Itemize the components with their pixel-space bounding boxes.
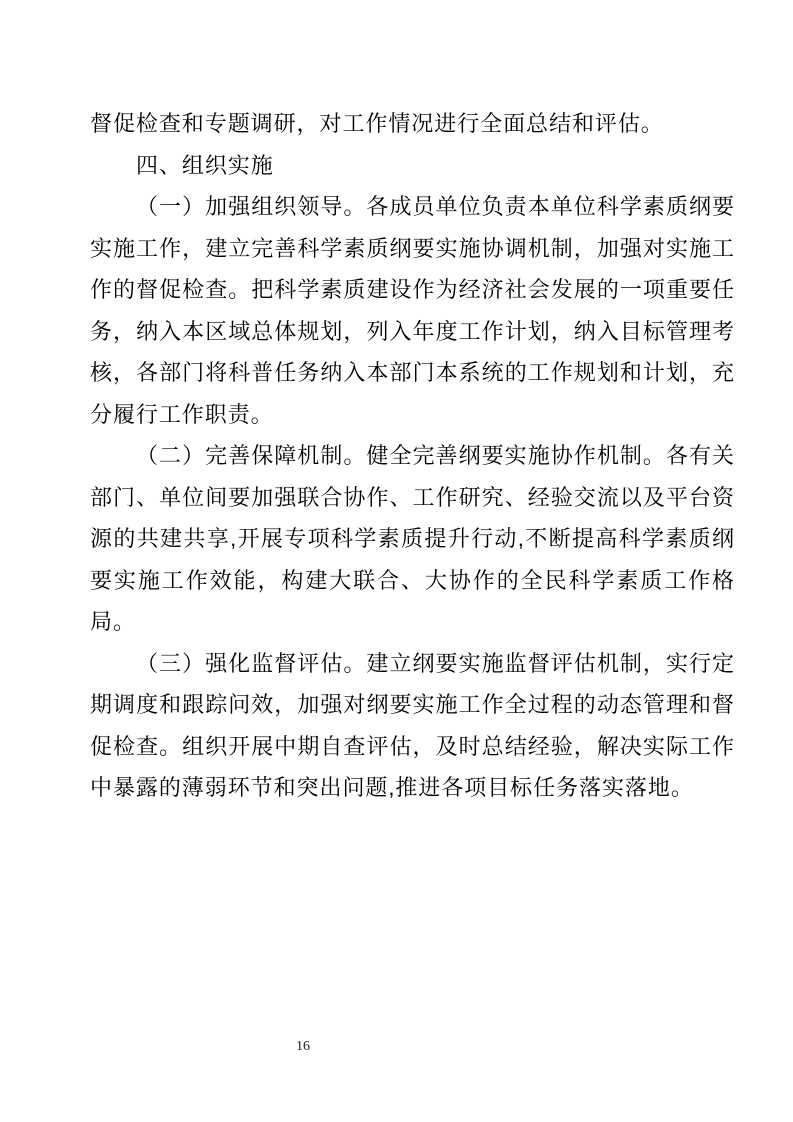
page-number: 16	[296, 1039, 310, 1054]
paragraph: 四、组织实施	[90, 145, 735, 187]
document-text-body: 督促检查和专题调研，对工作情况进行全面总结和评估。四、组织实施（一）加强组织领导…	[90, 103, 735, 809]
paragraph: （二）完善保障机制。健全完善纲要实施协作机制。各有关部门、单位间要加强联合协作、…	[90, 435, 735, 643]
paragraph: （三）强化监督评估。建立纲要实施监督评估机制，实行定期调度和跟踪问效，加强对纲要…	[90, 643, 735, 809]
paragraph: 督促检查和专题调研，对工作情况进行全面总结和评估。	[90, 103, 735, 145]
footer: 16	[296, 1039, 310, 1055]
paragraph: （一）加强组织领导。各成员单位负责本单位科学素质纲要实施工作，建立完善科学素质纲…	[90, 186, 735, 435]
document-page: 督促检查和专题调研，对工作情况进行全面总结和评估。四、组织实施（一）加强组织领导…	[0, 0, 793, 1122]
